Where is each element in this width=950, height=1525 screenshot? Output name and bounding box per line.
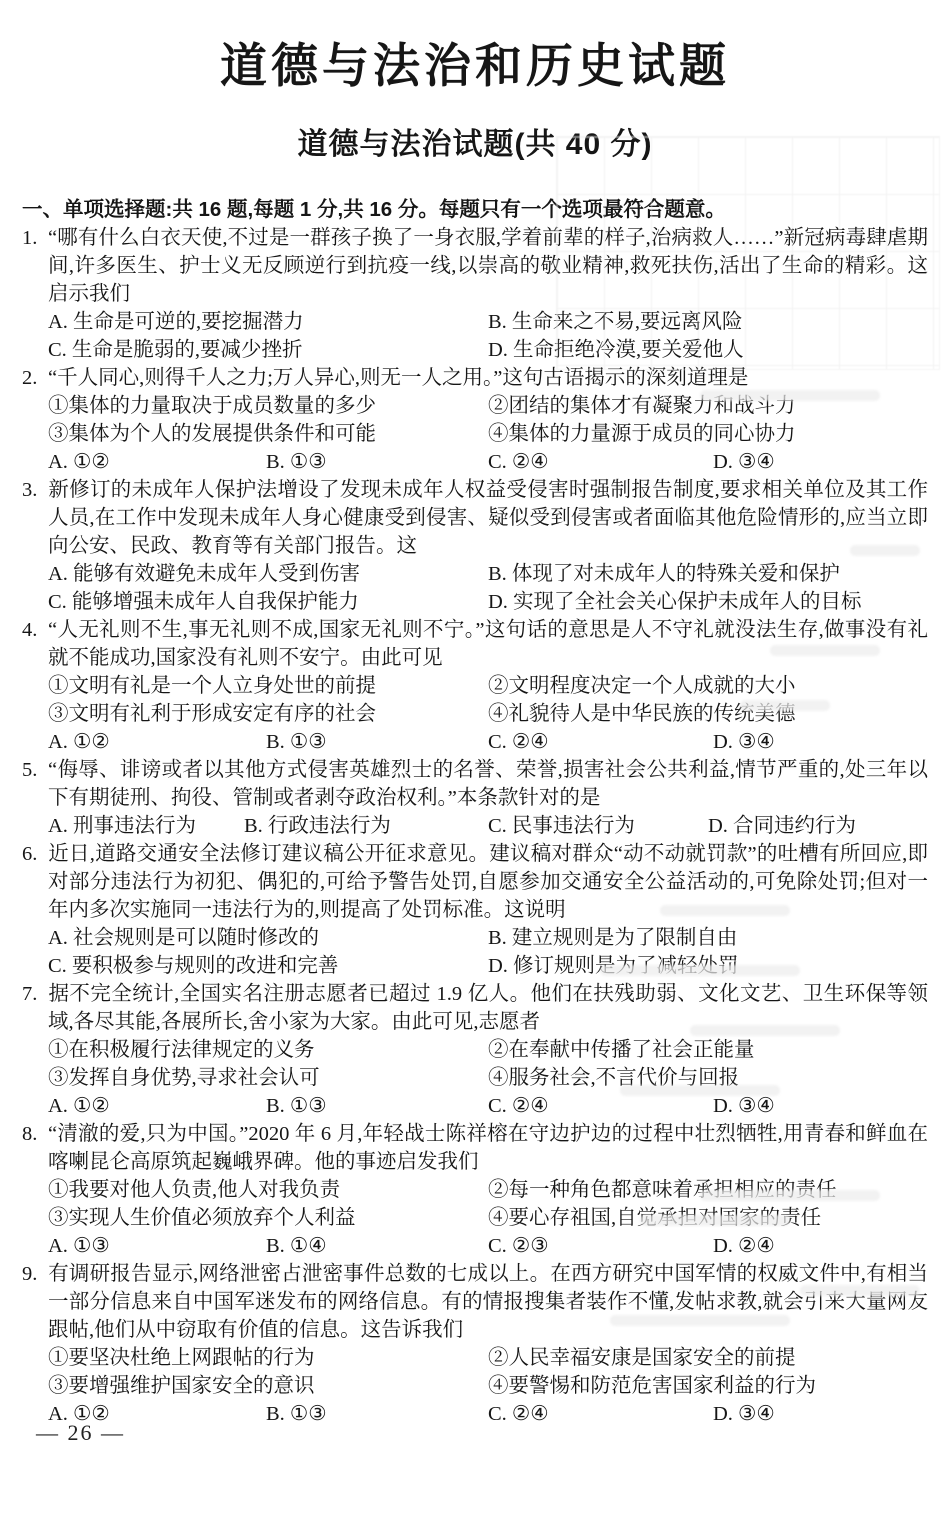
option-a: A. 生命是可逆的,要挖掘潜力 bbox=[48, 308, 488, 336]
option-c: C. ②④ bbox=[488, 1092, 713, 1120]
option-d: D. ②④ bbox=[713, 1232, 928, 1260]
question-number: 1. bbox=[22, 224, 48, 252]
question-number: 8. bbox=[22, 1120, 48, 1148]
option-a: A. 刑事违法行为 bbox=[48, 812, 244, 840]
statement-item: ③要增强维护国家安全的意识 bbox=[48, 1372, 488, 1400]
option-b: B. 建立规则是为了限制自由 bbox=[488, 924, 928, 952]
question: 6.近日,道路交通安全法修订建议稿公开征求意见。建议稿对群众“动不动就罚款”的吐… bbox=[22, 840, 928, 980]
option-d: D. 合同违约行为 bbox=[708, 812, 928, 840]
statement-item: ④集体的力量源于成员的同心协力 bbox=[488, 420, 928, 448]
page-title: 道德与法治和历史试题 bbox=[22, 38, 928, 94]
question-number: 2. bbox=[22, 364, 48, 392]
option-c: C. ②④ bbox=[488, 728, 713, 756]
options-row: A. ①③B. ①④C. ②③D. ②④ bbox=[22, 1232, 928, 1260]
question-stem: “哪有什么白衣天使,不过是一群孩子换了一身衣服,学着前辈的样子,治病救人……”新… bbox=[48, 227, 928, 305]
question-number: 9. bbox=[22, 1260, 48, 1288]
question: 2.“千人同心,则得千人之力;万人异心,则无一人之用。”这句古语揭示的深刻道理是… bbox=[22, 364, 928, 476]
option-d: D. ③④ bbox=[713, 1400, 928, 1428]
bleedthrough-smudge bbox=[700, 1190, 880, 1201]
option-b: B. ①③ bbox=[266, 1400, 488, 1428]
option-a: A. ①② bbox=[48, 1092, 266, 1120]
question: 5.“侮辱、诽谤或者以其他方式侵害英雄烈士的名誉、荣誉,损害社会公共利益,情节严… bbox=[22, 756, 928, 840]
question-number: 3. bbox=[22, 476, 48, 504]
statement-item: ②人民幸福安康是国家安全的前提 bbox=[488, 1344, 928, 1372]
option-c: C. 要积极参与规则的改进和完善 bbox=[48, 952, 488, 980]
options-row: A. ①②B. ①③C. ②④D. ③④ bbox=[22, 448, 928, 476]
question-list: 1.“哪有什么白衣天使,不过是一群孩子换了一身衣服,学着前辈的样子,治病救人……… bbox=[22, 224, 928, 1428]
option-b: B. ①③ bbox=[266, 1092, 488, 1120]
statement-item: ①文明有礼是一个人立身处世的前提 bbox=[48, 672, 488, 700]
question-stem-line: 3.新修订的未成年人保护法增设了发现未成年人权益受侵害时强制报告制度,要求相关单… bbox=[22, 476, 928, 560]
option-a: A. ①③ bbox=[48, 1232, 266, 1260]
question-stem-line: 9.有调研报告显示,网络泄密占泄密事件总数的七成以上。在西方研究中国军情的权威文… bbox=[22, 1260, 928, 1344]
bleedthrough-smudge bbox=[740, 700, 830, 711]
question-stem-line: 8.“清澈的爱,只为中国。”2020 年 6 月,年轻战士陈祥榕在守边护边的过程… bbox=[22, 1120, 928, 1176]
option-d: D. 生命拒绝冷漠,要关爱他人 bbox=[488, 336, 928, 364]
bleedthrough-smudge bbox=[770, 645, 880, 656]
question: 9.有调研报告显示,网络泄密占泄密事件总数的七成以上。在西方研究中国军情的权威文… bbox=[22, 1260, 928, 1428]
question: 1.“哪有什么白衣天使,不过是一群孩子换了一身衣服,学着前辈的样子,治病救人……… bbox=[22, 224, 928, 364]
bleedthrough-smudge bbox=[850, 545, 920, 556]
bleedthrough-smudge bbox=[800, 1285, 920, 1296]
option-a: A. 能够有效避免未成年人受到伤害 bbox=[48, 560, 488, 588]
bleedthrough-smudge bbox=[620, 1085, 780, 1096]
option-c: C. 能够增强未成年人自我保护能力 bbox=[48, 588, 488, 616]
question: 3.新修订的未成年人保护法增设了发现未成年人权益受侵害时强制报告制度,要求相关单… bbox=[22, 476, 928, 616]
question: 7.据不完全统计,全国实名注册志愿者已超过 1.9 亿人。他们在扶残助弱、文化文… bbox=[22, 980, 928, 1120]
statement-grid: ①在积极履行法律规定的义务②在奉献中传播了社会正能量③发挥自身优势,寻求社会认可… bbox=[22, 1036, 928, 1092]
question-stem: “千人同心,则得千人之力;万人异心,则无一人之用。”这句古语揭示的深刻道理是 bbox=[48, 367, 748, 389]
question-stem-line: 6.近日,道路交通安全法修订建议稿公开征求意见。建议稿对群众“动不动就罚款”的吐… bbox=[22, 840, 928, 924]
question-stem: “人无礼则不生,事无礼则不成,国家无礼则不宁。”这句话的意思是人不守礼就没法生存… bbox=[48, 619, 928, 669]
bleedthrough-smudge bbox=[700, 390, 880, 401]
question-stem-line: 2.“千人同心,则得千人之力;万人异心,则无一人之用。”这句古语揭示的深刻道理是 bbox=[22, 364, 928, 392]
options-row: A. 能够有效避免未成年人受到伤害B. 体现了对未成年人的特殊关爱和保护C. 能… bbox=[22, 560, 928, 616]
page-number: — 26 — bbox=[36, 1420, 125, 1446]
statement-item: ④礼貌待人是中华民族的传统美德 bbox=[488, 700, 928, 728]
question-stem-line: 4.“人无礼则不生,事无礼则不成,国家无礼则不宁。”这句话的意思是人不守礼就没法… bbox=[22, 616, 928, 672]
statement-item: ②文明程度决定一个人成就的大小 bbox=[488, 672, 928, 700]
question-stem: 新修订的未成年人保护法增设了发现未成年人权益受侵害时强制报告制度,要求相关单位及… bbox=[48, 479, 928, 557]
options-row: A. 生命是可逆的,要挖掘潜力B. 生命来之不易,要远离风险C. 生命是脆弱的,… bbox=[22, 308, 928, 364]
option-d: D. ③④ bbox=[713, 728, 928, 756]
options-row: A. ①②B. ①③C. ②④D. ③④ bbox=[22, 1400, 928, 1428]
bleedthrough-smudge bbox=[610, 1315, 790, 1326]
statement-item: ③实现人生价值必须放弃个人利益 bbox=[48, 1204, 488, 1232]
statement-item: ③集体为个人的发展提供条件和可能 bbox=[48, 420, 488, 448]
question-number: 5. bbox=[22, 756, 48, 784]
question-stem-line: 5.“侮辱、诽谤或者以其他方式侵害英雄烈士的名誉、荣誉,损害社会公共利益,情节严… bbox=[22, 756, 928, 812]
options-row: A. 刑事违法行为B. 行政违法行为C. 民事违法行为D. 合同违约行为 bbox=[22, 812, 928, 840]
option-c: C. 生命是脆弱的,要减少挫折 bbox=[48, 336, 488, 364]
bleedthrough-smudge bbox=[640, 1215, 790, 1226]
question: 4.“人无礼则不生,事无礼则不成,国家无礼则不宁。”这句话的意思是人不守礼就没法… bbox=[22, 616, 928, 756]
statement-item: ④要警惕和防范危害国家利益的行为 bbox=[488, 1372, 928, 1400]
option-a: A. 社会规则是可以随时修改的 bbox=[48, 924, 488, 952]
question-stem: 近日,道路交通安全法修订建议稿公开征求意见。建议稿对群众“动不动就罚款”的吐槽有… bbox=[48, 843, 928, 921]
question-stem: 有调研报告显示,网络泄密占泄密事件总数的七成以上。在西方研究中国军情的权威文件中… bbox=[48, 1263, 928, 1341]
option-b: B. ①③ bbox=[266, 448, 488, 476]
statement-item: ①要坚决杜绝上网跟帖的行为 bbox=[48, 1344, 488, 1372]
option-b: B. ①④ bbox=[266, 1232, 488, 1260]
statement-item: ①集体的力量取决于成员数量的多少 bbox=[48, 392, 488, 420]
options-row: A. ①②B. ①③C. ②④D. ③④ bbox=[22, 1092, 928, 1120]
statement-item: ①我要对他人负责,他人对我负责 bbox=[48, 1176, 488, 1204]
option-b: B. 体现了对未成年人的特殊关爱和保护 bbox=[488, 560, 928, 588]
bleedthrough-smudge bbox=[660, 905, 790, 916]
question-stem: “侮辱、诽谤或者以其他方式侵害英雄烈士的名誉、荣誉,损害社会公共利益,情节严重的… bbox=[48, 759, 928, 809]
statement-item: ③文明有礼利于形成安定有序的社会 bbox=[48, 700, 488, 728]
question-number: 6. bbox=[22, 840, 48, 868]
option-d: D. 实现了全社会关心保护未成年人的目标 bbox=[488, 588, 928, 616]
option-b: B. 行政违法行为 bbox=[244, 812, 488, 840]
statement-grid: ①要坚决杜绝上网跟帖的行为②人民幸福安康是国家安全的前提③要增强维护国家安全的意… bbox=[22, 1344, 928, 1400]
statement-grid: ①我要对他人负责,他人对我负责②每一种角色都意味着承担相应的责任③实现人生价值必… bbox=[22, 1176, 928, 1232]
statement-item: ②在奉献中传播了社会正能量 bbox=[488, 1036, 928, 1064]
option-b: B. ①③ bbox=[266, 728, 488, 756]
question-stem: “清澈的爱,只为中国。”2020 年 6 月,年轻战士陈祥榕在守边护边的过程中壮… bbox=[48, 1123, 928, 1173]
option-d: D. ③④ bbox=[713, 1092, 928, 1120]
question-number: 4. bbox=[22, 616, 48, 644]
option-c: C. ②③ bbox=[488, 1232, 713, 1260]
option-a: A. ①② bbox=[48, 448, 266, 476]
option-d: D. ③④ bbox=[713, 448, 928, 476]
option-a: A. ①② bbox=[48, 728, 266, 756]
option-c: C. 民事违法行为 bbox=[488, 812, 708, 840]
bleedthrough-smudge bbox=[690, 1025, 840, 1036]
option-c: C. ②④ bbox=[488, 448, 713, 476]
options-row: A. ①②B. ①③C. ②④D. ③④ bbox=[22, 728, 928, 756]
bleedthrough-smudge bbox=[600, 965, 800, 976]
statement-item: ①在积极履行法律规定的义务 bbox=[48, 1036, 488, 1064]
section-subtitle: 道德与法治试题(共 40 分) bbox=[22, 126, 928, 164]
question-stem-line: 1.“哪有什么白衣天使,不过是一群孩子换了一身衣服,学着前辈的样子,治病救人……… bbox=[22, 224, 928, 308]
section-instructions: 一、单项选择题:共 16 题,每题 1 分,共 16 分。每题只有一个选项最符合… bbox=[22, 196, 928, 224]
option-b: B. 生命来之不易,要远离风险 bbox=[488, 308, 928, 336]
question-number: 7. bbox=[22, 980, 48, 1008]
statement-item: ③发挥自身优势,寻求社会认可 bbox=[48, 1064, 488, 1092]
option-c: C. ②④ bbox=[488, 1400, 713, 1428]
exam-paper-page: 道德与法治和历史试题 道德与法治试题(共 40 分) 一、单项选择题:共 16 … bbox=[0, 0, 950, 1525]
